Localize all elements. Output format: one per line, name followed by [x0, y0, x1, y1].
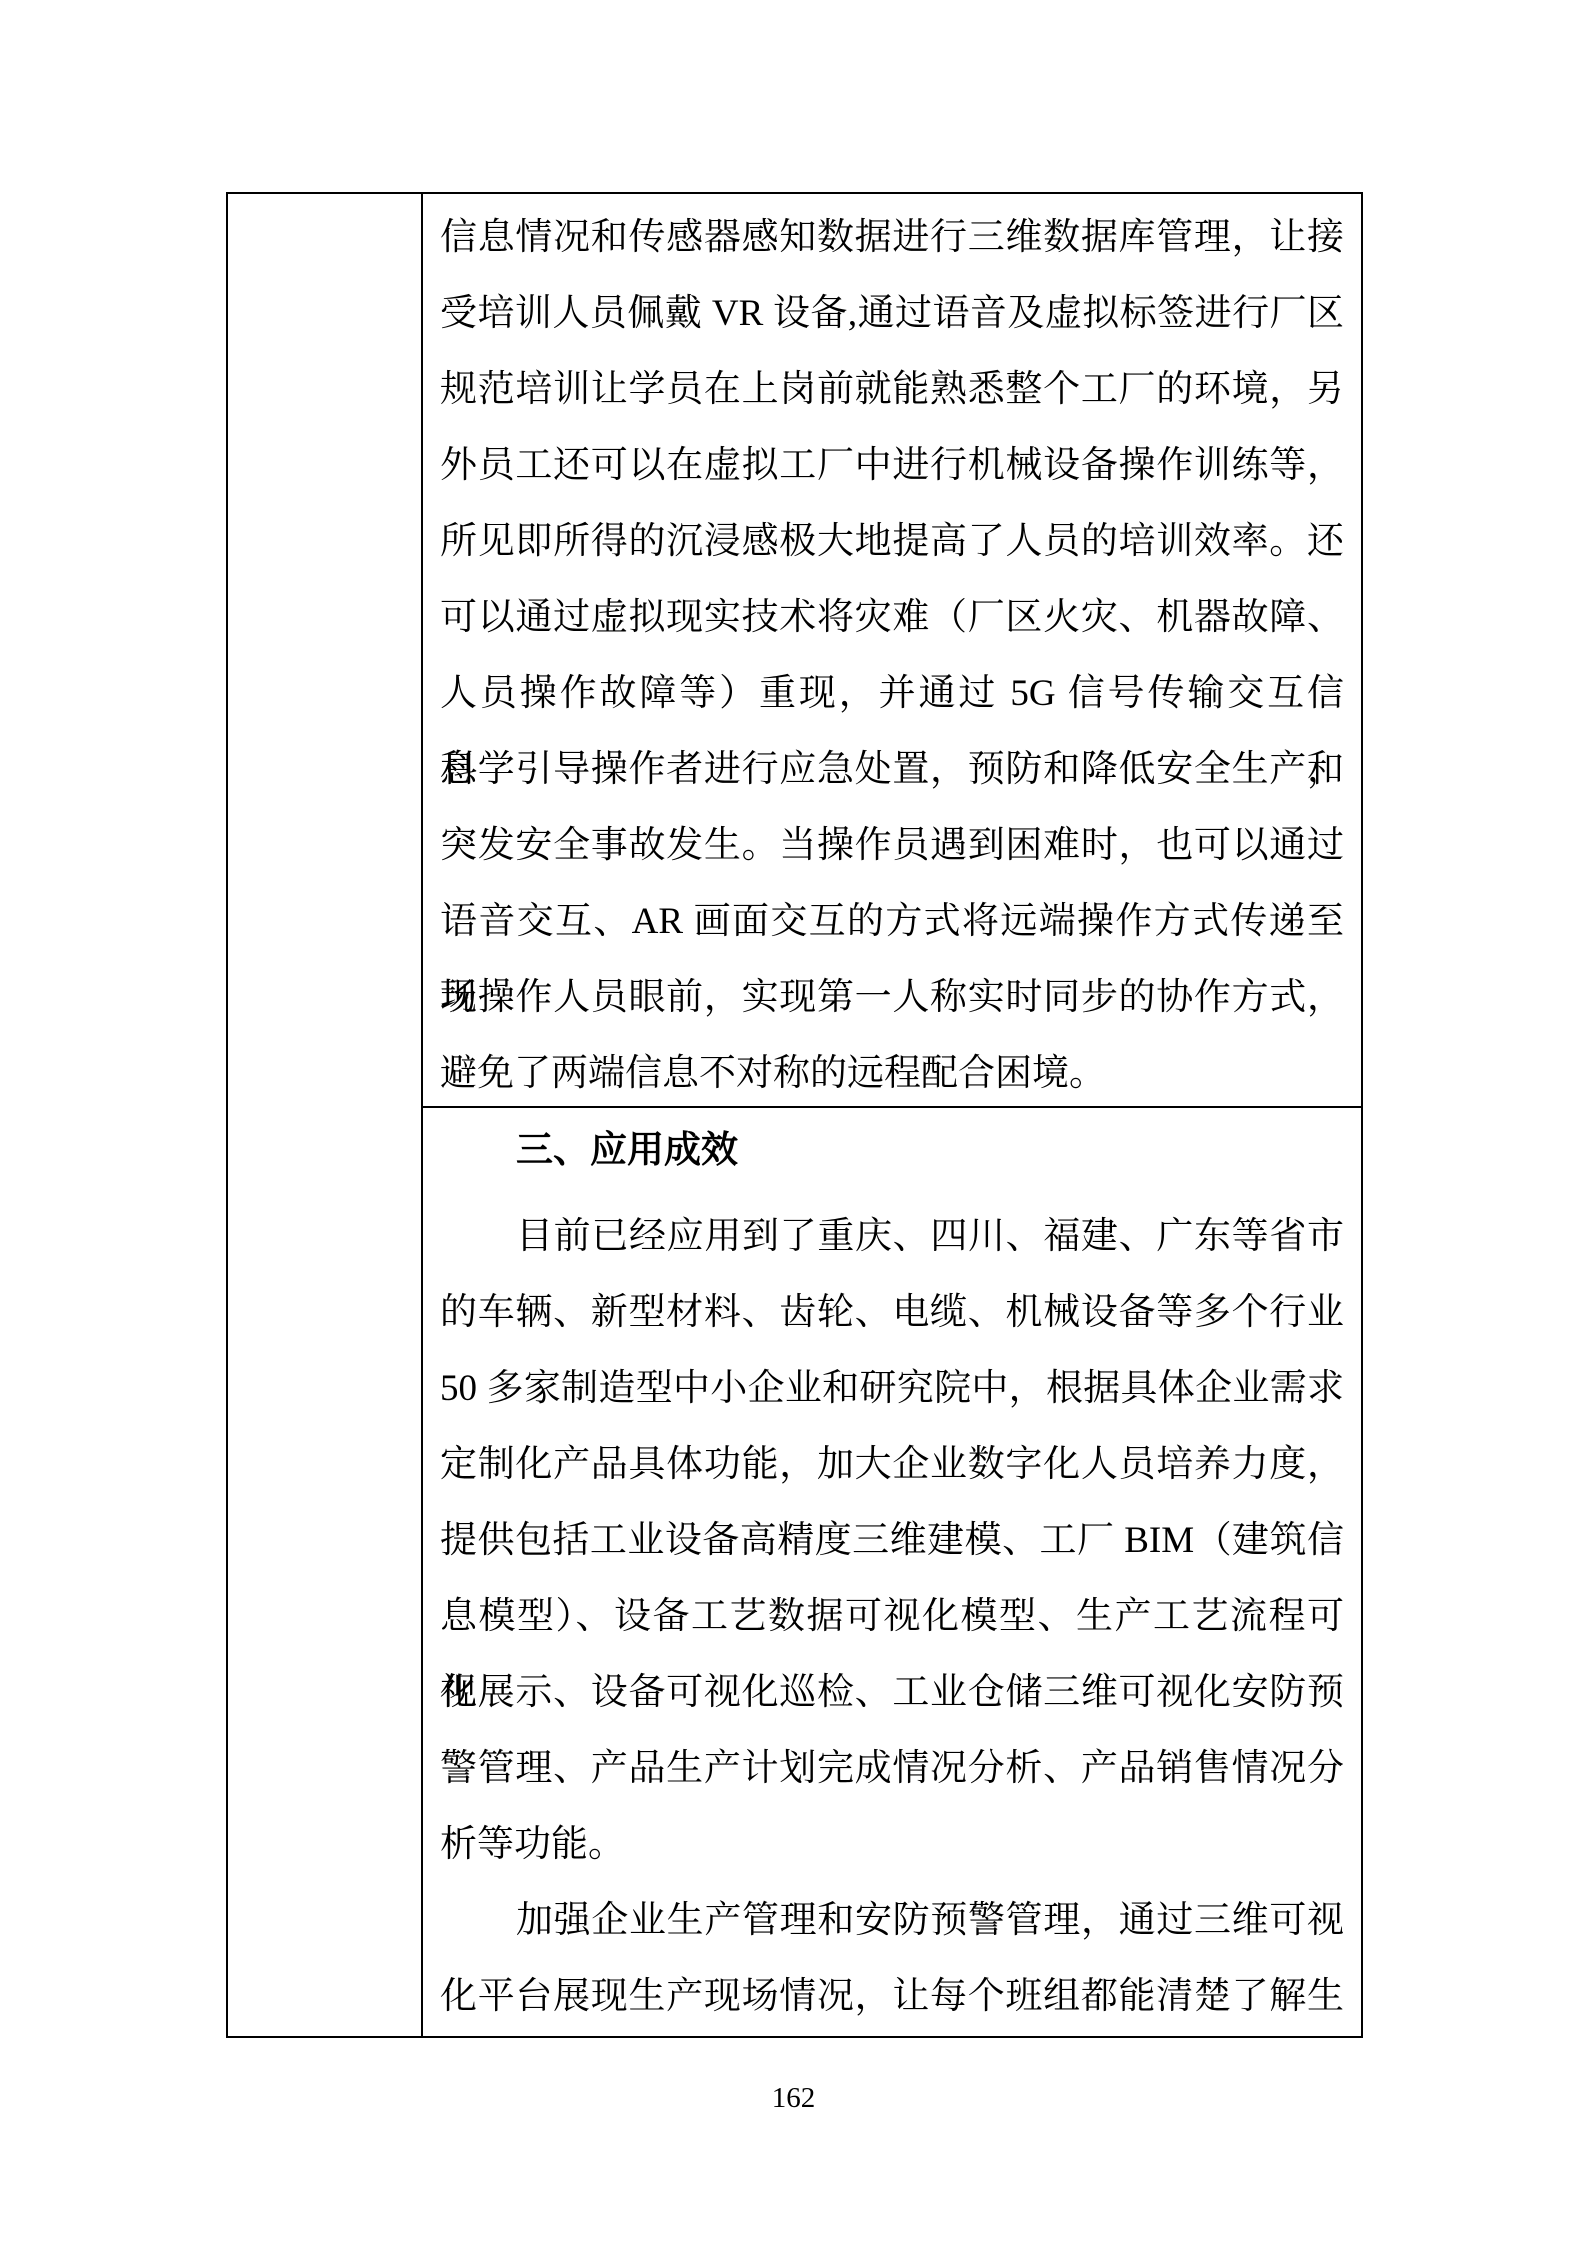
- text-line: 加强企业生产管理和安防预警管理，通过三维可视: [440, 1883, 1344, 1959]
- text-line: 的车辆、新型材料、齿轮、电缆、机械设备等多个行业: [440, 1275, 1344, 1351]
- text-line: 目前已经应用到了重庆、四川、福建、广东等省市: [440, 1199, 1344, 1275]
- text-line: 语音交互、AR 画面交互的方式将远端操作方式传递至现: [440, 884, 1344, 960]
- table-cell-application-results: 三、应用成效 目前已经应用到了重庆、四川、福建、广东等省市 的车辆、新型材料、齿…: [423, 1108, 1361, 2036]
- text-line: 化平台展现生产现场情况，让每个班组都能清楚了解生: [440, 1959, 1344, 2035]
- text-line: 化展示、设备可视化巡检、工业仓储三维可视化安防预: [440, 1655, 1344, 1731]
- text-line: 受培训人员佩戴 VR 设备,通过语音及虚拟标签进行厂区: [440, 276, 1344, 352]
- text-line: 科学引导操作者进行应急处置，预防和降低安全生产和: [440, 732, 1344, 808]
- text-line: 定制化产品具体功能，加大企业数字化人员培养力度，: [440, 1427, 1344, 1503]
- content-table: 信息情况和传感器感知数据进行三维数据库管理，让接 受培训人员佩戴 VR 设备,通…: [226, 192, 1363, 2038]
- text-line: 50 多家制造型中小企业和研究院中，根据具体企业需求: [440, 1351, 1344, 1427]
- text-line: 信息情况和传感器感知数据进行三维数据库管理，让接: [440, 200, 1344, 276]
- page-number: 162: [0, 2078, 1587, 2118]
- text-line: 息模型）、设备工艺数据可视化模型、生产工艺流程可视: [440, 1579, 1344, 1655]
- text-line: 突发安全事故发生。当操作员遇到困难时，也可以通过: [440, 808, 1344, 884]
- table-right-column: 信息情况和传感器感知数据进行三维数据库管理，让接 受培训人员佩戴 VR 设备,通…: [423, 194, 1361, 2036]
- section-heading: 三、应用成效: [440, 1113, 1344, 1189]
- text-line: 外员工还可以在虚拟工厂中进行机械设备操作训练等，: [440, 428, 1344, 504]
- text-line: 可以通过虚拟现实技术将灾难（厂区火灾、机器故障、: [440, 580, 1344, 656]
- table-cell-continued-text: 信息情况和传感器感知数据进行三维数据库管理，让接 受培训人员佩戴 VR 设备,通…: [423, 194, 1361, 1108]
- text-line: 场操作人员眼前，实现第一人称实时同步的协作方式，: [440, 960, 1344, 1036]
- table-left-column-empty-cell: [228, 194, 423, 2036]
- text-line: 避免了两端信息不对称的远程配合困境。: [440, 1036, 1344, 1108]
- text-line: 规范培训让学员在上岗前就能熟悉整个工厂的环境，另: [440, 352, 1344, 428]
- text-line: 人员操作故障等）重现，并通过 5G 信号传输交互信息，: [440, 656, 1344, 732]
- text-line: 提供包括工业设备高精度三维建模、工厂 BIM（建筑信: [440, 1503, 1344, 1579]
- text-line: 所见即所得的沉浸感极大地提高了人员的培训效率。还: [440, 504, 1344, 580]
- text-line: 警管理、产品生产计划完成情况分析、产品销售情况分: [440, 1731, 1344, 1807]
- text-line: 析等功能。: [440, 1807, 1344, 1883]
